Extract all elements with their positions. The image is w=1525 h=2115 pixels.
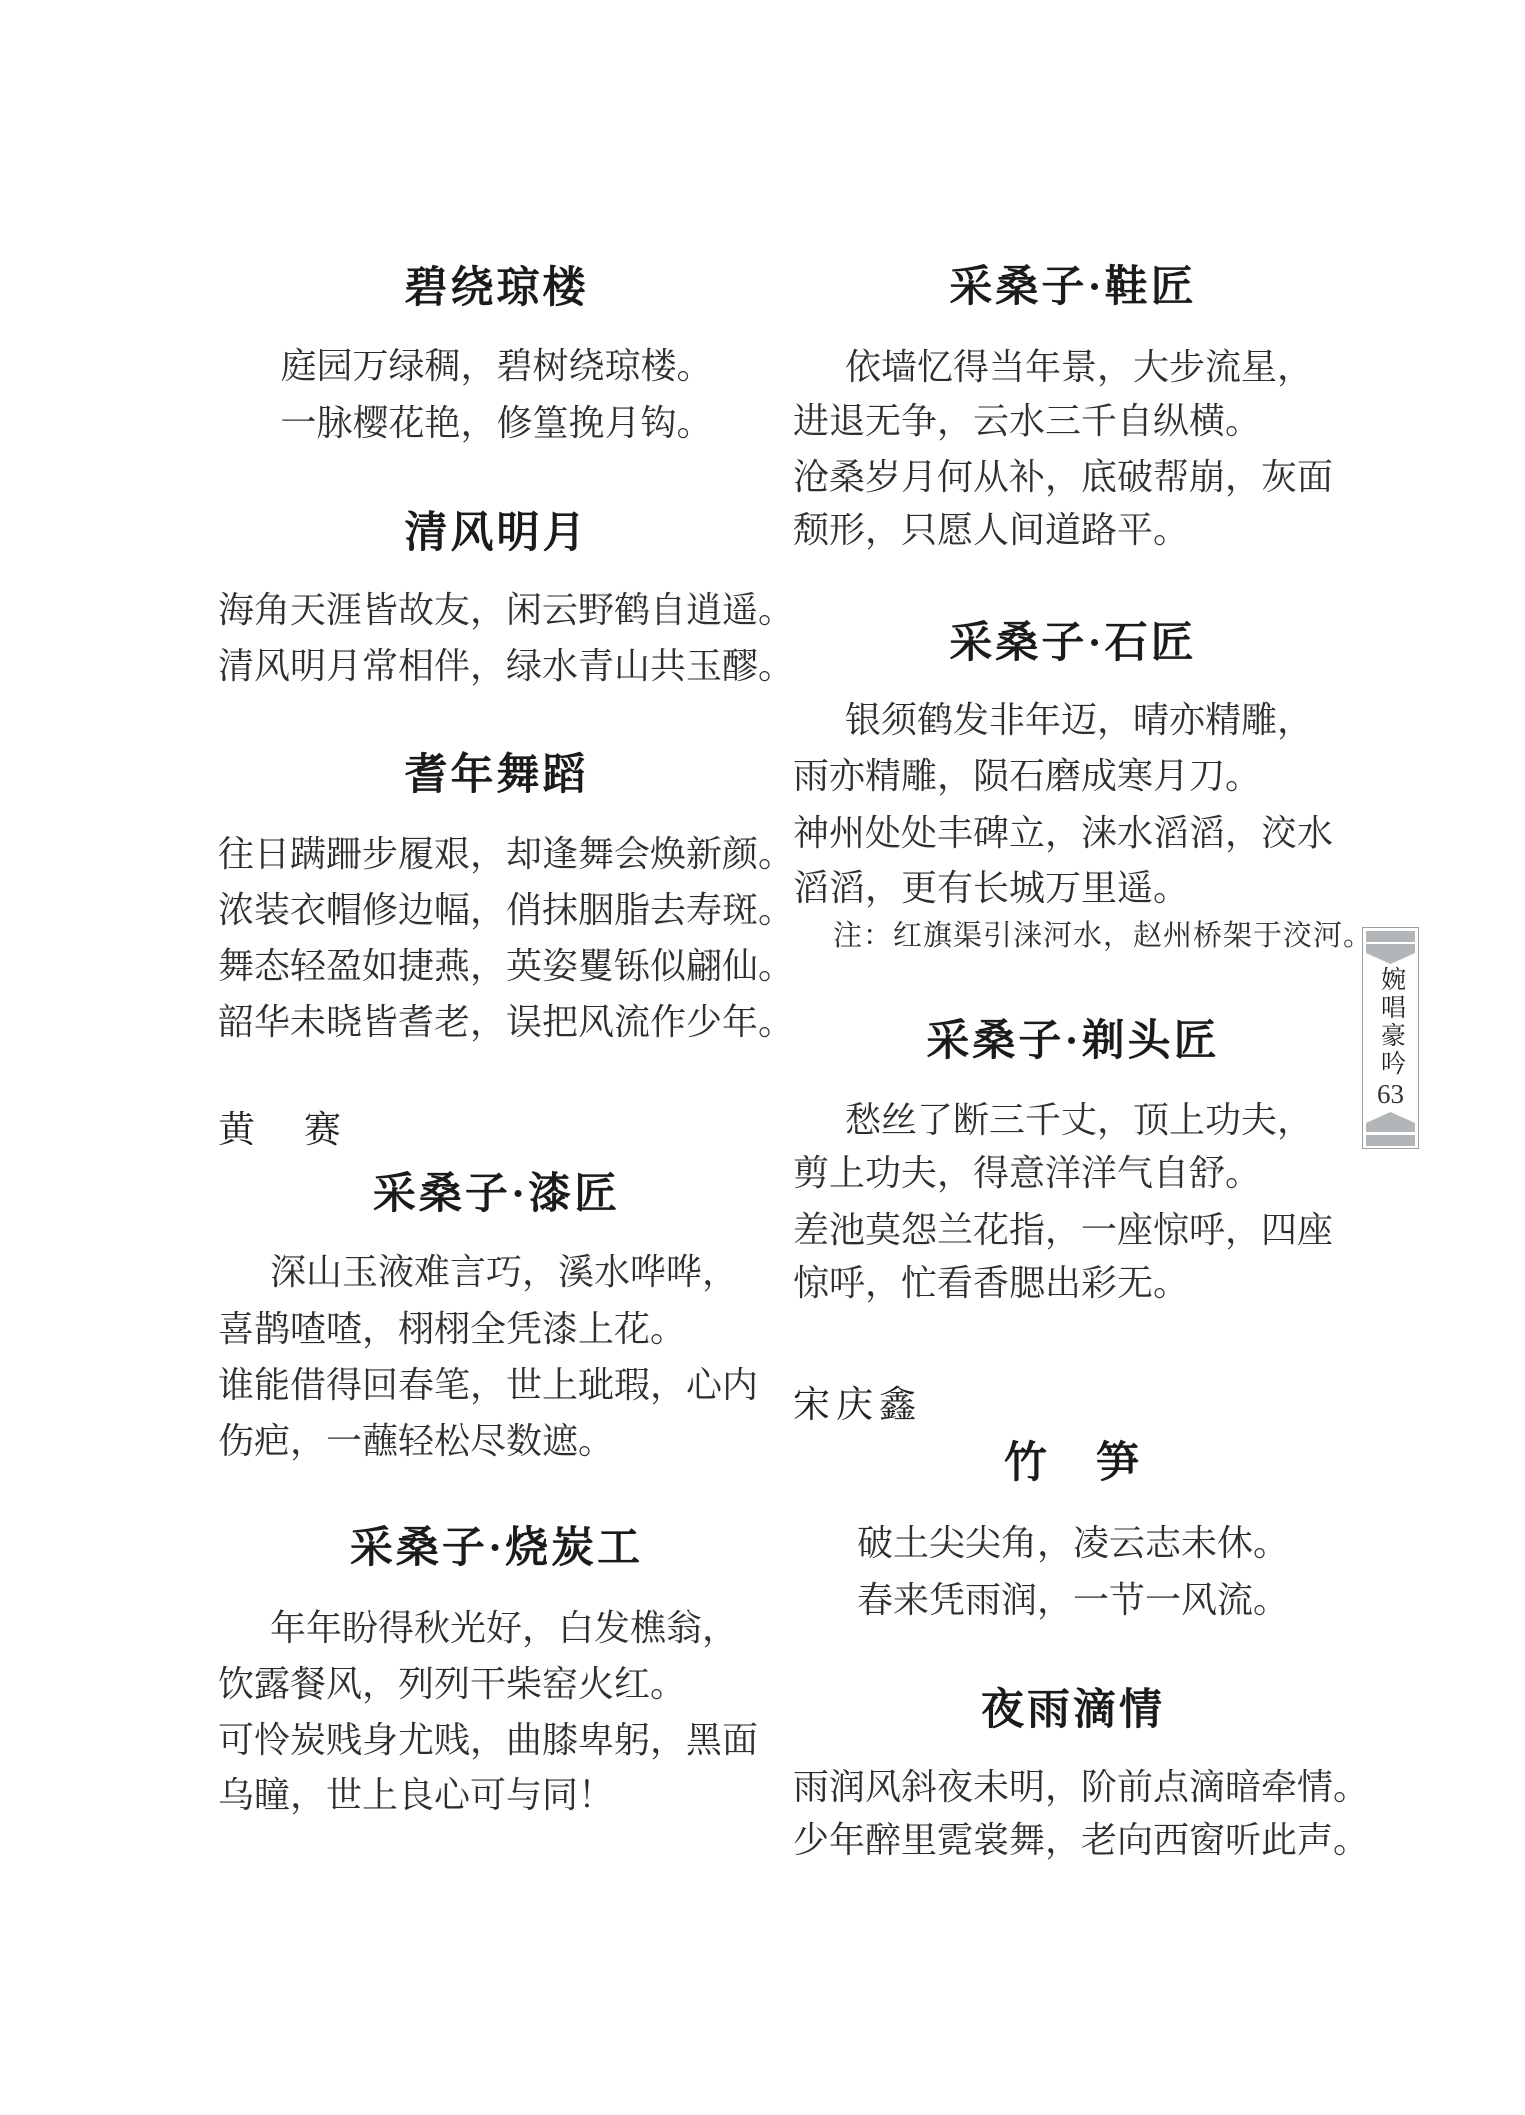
poem-title: 采桑子·鞋匠 bbox=[793, 265, 1353, 311]
poem-title: 碧绕琼楼 bbox=[218, 266, 775, 312]
poem-line: 依墙忆得当年景，大步流星， bbox=[793, 346, 1405, 388]
poem-line: 清风明月常相伴，绿水青山共玉醪。 bbox=[218, 645, 775, 687]
poem-line: 往日蹒跚步履艰，却逢舞会焕新颜。 bbox=[218, 833, 775, 875]
ribbon-bottom-bar bbox=[1366, 1135, 1415, 1146]
poem-title: 采桑子·石匠 bbox=[793, 621, 1353, 667]
poem-line: 乌瞳，世上良心可与同！ bbox=[218, 1774, 775, 1816]
poem-line: 滔滔，更有长城万里遥。 bbox=[793, 867, 1353, 909]
poem-title: 采桑子·漆匠 bbox=[218, 1172, 775, 1218]
ribbon-fold-upper-icon bbox=[1366, 944, 1415, 964]
poem-line: 年年盼得秋光好，白发樵翁， bbox=[218, 1607, 827, 1649]
poem-line: 雨润风斜夜未明，阶前点滴暗牵情。 bbox=[793, 1766, 1353, 1808]
poem-title: 采桑子·烧炭工 bbox=[218, 1526, 775, 1572]
poem-title: 竹 笋 bbox=[793, 1441, 1353, 1487]
poem-title: 夜雨滴情 bbox=[793, 1688, 1353, 1734]
poem-line: 饮露餐风，列列干柴窑火红。 bbox=[218, 1663, 775, 1705]
section-ribbon: 婉唱豪吟 63 bbox=[1362, 927, 1419, 1149]
author-name: 宋庆鑫 bbox=[793, 1385, 1353, 1427]
poem-title: 清风明月 bbox=[218, 511, 775, 557]
poem-line: 韶华未晓皆耆老，误把风流作少年。 bbox=[218, 1001, 775, 1043]
poem-line: 沧桑岁月何从补，底破帮崩，灰面 bbox=[793, 456, 1353, 498]
poem-line: 浓装衣帽修边幅，俏抹胭脂去寿斑。 bbox=[218, 889, 775, 931]
poem-line: 春来凭雨润，一节一风流。 bbox=[793, 1579, 1353, 1621]
ribbon-section-label: 婉唱豪吟 bbox=[1363, 966, 1418, 1078]
poem-line: 神州处处丰碑立，涞水滔滔，洨水 bbox=[793, 812, 1353, 854]
poem-line: 喜鹊喳喳，栩栩全凭漆上花。 bbox=[218, 1308, 775, 1350]
poem-line: 愁丝了断三千丈，顶上功夫， bbox=[793, 1099, 1405, 1141]
poem-line: 谁能借得回春笔，世上玼瑕，心内 bbox=[218, 1364, 775, 1406]
author-name: 黄 赛 bbox=[218, 1110, 775, 1152]
poem-line: 雨亦精雕，陨石磨成寒月刀。 bbox=[793, 755, 1353, 797]
poem-line: 少年醉里霓裳舞，老向西窗听此声。 bbox=[793, 1819, 1353, 1861]
ribbon-top-bar bbox=[1366, 931, 1415, 942]
poem-line: 进退无争，云水三千自纵横。 bbox=[793, 400, 1353, 442]
poem-title: 采桑子·剃头匠 bbox=[793, 1019, 1353, 1065]
poem-note: 注：红旗渠引涞河水，赵州桥架于洨河。 bbox=[793, 919, 1393, 953]
poem-line: 破土尖尖角，凌云志未休。 bbox=[793, 1522, 1353, 1564]
poem-line: 舞态轻盈如捷燕，英姿矍铄似翩仙。 bbox=[218, 945, 775, 987]
poem-line: 剪上功夫，得意洋洋气自舒。 bbox=[793, 1152, 1353, 1194]
poem-line: 惊呼，忙看香腮出彩无。 bbox=[793, 1262, 1353, 1304]
book-page: 碧绕琼楼 庭园万绿稠，碧树绕琼楼。 一脉樱花艳，修篁挽月钩。 清风明月 海角天涯… bbox=[0, 0, 1525, 2115]
poem-line: 伤疤，一蘸轻松尽数遮。 bbox=[218, 1420, 775, 1462]
page-number: 63 bbox=[1363, 1079, 1418, 1110]
poem-line: 银须鹤发非年迈，晴亦精雕， bbox=[793, 699, 1405, 741]
poem-line: 一脉樱花艳，修篁挽月钩。 bbox=[218, 402, 775, 444]
poem-line: 深山玉液难言巧，溪水哗哗， bbox=[218, 1251, 827, 1293]
poem-line: 海角天涯皆故友，闲云野鹤自逍遥。 bbox=[218, 589, 775, 631]
poem-line: 庭园万绿稠，碧树绕琼楼。 bbox=[218, 345, 775, 387]
poem-line: 差池莫怨兰花指，一座惊呼，四座 bbox=[793, 1209, 1353, 1251]
poem-title: 耆年舞蹈 bbox=[218, 753, 775, 799]
poem-line: 颓形，只愿人间道路平。 bbox=[793, 509, 1353, 551]
poem-line: 可怜炭贱身尤贱，曲膝卑躬，黑面 bbox=[218, 1719, 775, 1761]
ribbon-fold-lower-icon bbox=[1366, 1112, 1415, 1132]
